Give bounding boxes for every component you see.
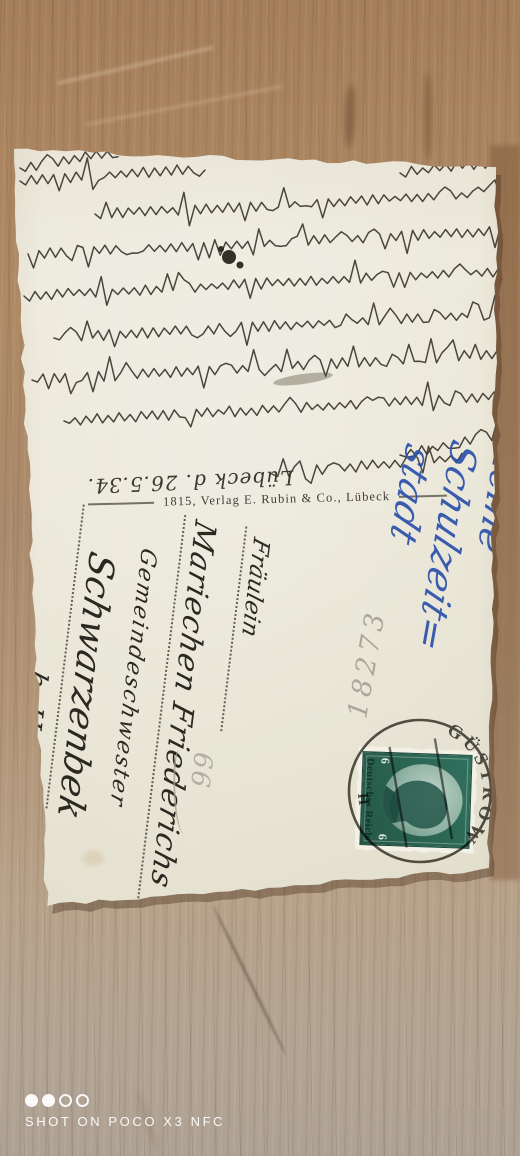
postmark-letter: H: [354, 792, 372, 806]
watermark-dot-filled: [42, 1094, 55, 1107]
watermark-brand-text: SHOT ON POCO X3 NFC: [25, 1114, 225, 1129]
camera-watermark: SHOT ON POCO X3 NFC: [25, 1094, 225, 1129]
watermark-dot-filled: [25, 1094, 38, 1107]
address-block: Fräulein Mariechen Friederichs Gemeindes…: [0, 497, 305, 927]
postmark-ring: [340, 711, 500, 871]
watermark-dots: [25, 1094, 225, 1107]
watermark-dot-outlined: [76, 1094, 89, 1107]
postmark-bar: [435, 738, 452, 839]
pencil-swoosh: [172, 750, 191, 834]
pencil-price-mark: 66: [146, 747, 218, 854]
photo-scene: Lübeck d. 26.5.34. 1815, Verlag E. Rubin…: [0, 0, 520, 1156]
wood-knot-streak: [344, 85, 356, 147]
wood-light-scratch: [86, 85, 283, 126]
postmark-bar: [390, 746, 407, 847]
wood-light-scratch: [57, 46, 214, 85]
watermark-dot-outlined: [59, 1094, 72, 1107]
wood-scratch: [212, 906, 287, 1056]
postmark: GÜSTROW H: [324, 695, 516, 887]
wood-knot-streak: [424, 72, 432, 160]
